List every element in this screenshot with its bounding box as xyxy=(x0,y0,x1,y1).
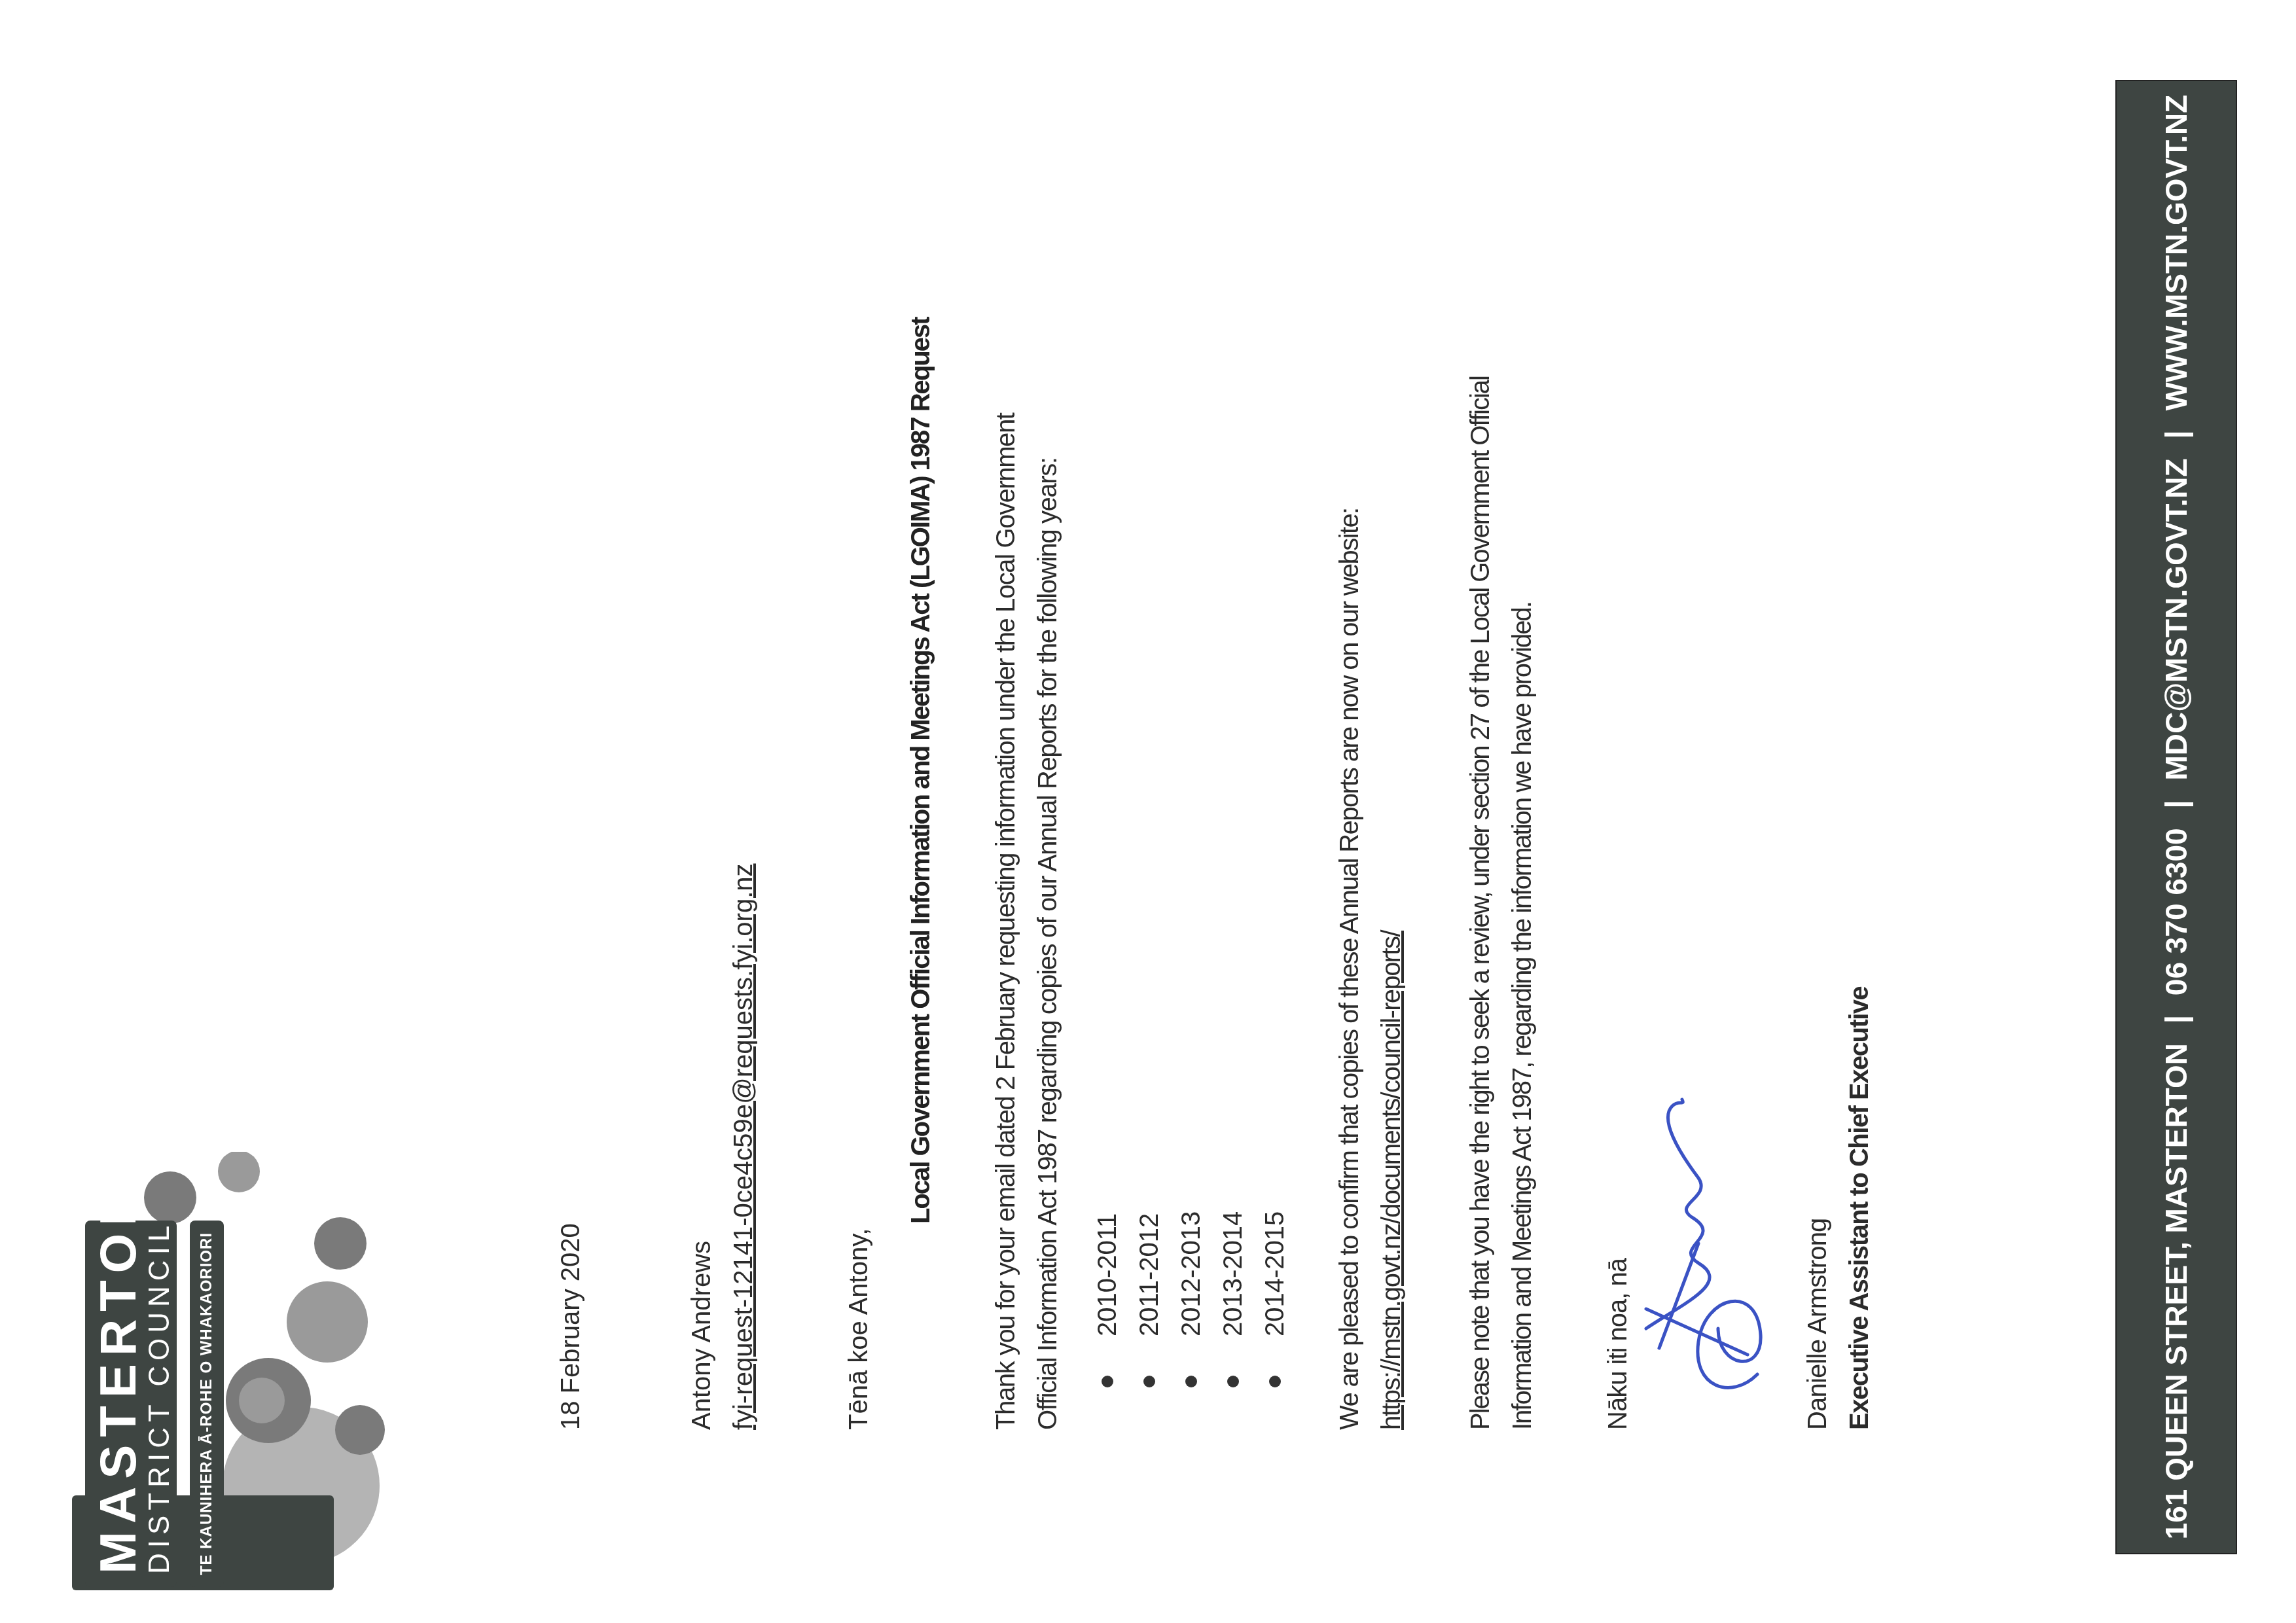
footer-email[interactable]: MDC@MSTN.GOVT.NZ xyxy=(2159,458,2194,780)
paragraph-website-text: We are pleased to confirm that copies of… xyxy=(1335,508,1364,1430)
signature-icon xyxy=(1620,1047,1777,1414)
signer-name: Danielle Armstrong xyxy=(1803,1218,1832,1430)
recipient-block: Antony Andrews fyi-request-12141-0ce4c59… xyxy=(681,863,764,1430)
logo-text-block: MASTERTON DISTRICT COUNCIL xyxy=(85,1221,177,1587)
letter-heading: Local Government Official Information an… xyxy=(906,317,936,1224)
letter-date: 18 February 2020 xyxy=(550,1223,592,1430)
paragraph-request: Thank you for your email dated 2 Februar… xyxy=(985,370,1069,1430)
greeting: Tēnā koe Antony, xyxy=(838,1228,880,1430)
bullet-icon xyxy=(1143,1376,1155,1387)
years-list: 2010-2011 2011-2012 2012-2013 2013-2014 … xyxy=(1086,1211,1296,1387)
bullet-icon xyxy=(1227,1376,1239,1387)
list-item: 2013-2014 xyxy=(1212,1211,1254,1387)
recipient-name: Antony Andrews xyxy=(687,1241,716,1430)
footer-separator: | xyxy=(2159,431,2194,439)
bullet-icon xyxy=(1185,1376,1197,1387)
footer-website[interactable]: WWW.MSTN.GOVT.NZ xyxy=(2159,95,2194,411)
paragraph-website: We are pleased to confirm that copies of… xyxy=(1329,370,1412,1430)
footer-contact-band: 161 QUEEN STREET, MASTERTON | 06 370 630… xyxy=(2115,80,2237,1554)
footer-phone: 06 370 6300 xyxy=(2159,828,2194,995)
list-item: 2011-2012 xyxy=(1128,1211,1170,1387)
logo-subtitle: DISTRICT COUNCIL xyxy=(144,1234,175,1574)
list-item: 2010-2011 xyxy=(1086,1211,1128,1387)
signer-title: Executive Assistant to Chief Executive xyxy=(1839,987,1880,1430)
council-reports-link[interactable]: https://mstn.govt.nz/documents/council-r… xyxy=(1377,931,1406,1430)
list-item: 2012-2013 xyxy=(1170,1211,1212,1387)
bullet-icon xyxy=(1269,1376,1281,1387)
logo-tagline-band: TE KAUNIHERA Ā-ROHE O WHAKAORIORI xyxy=(190,1221,224,1587)
recipient-email-link[interactable]: fyi-request-12141-0ce4c59e@requests.fyi.… xyxy=(723,863,764,1430)
bullet-icon xyxy=(1102,1376,1113,1387)
logo-title: MASTERTON xyxy=(92,1234,144,1574)
logo-tagline: TE KAUNIHERA Ā-ROHE O WHAKAORIORI xyxy=(198,1232,216,1575)
list-item: 2014-2015 xyxy=(1254,1211,1296,1387)
footer-separator: | xyxy=(2159,800,2194,809)
paragraph-review-rights: Please note that you have the right to s… xyxy=(1460,317,1543,1430)
footer-address: 161 QUEEN STREET, MASTERTON xyxy=(2159,1043,2194,1539)
footer-separator: | xyxy=(2159,1015,2194,1024)
signer-block: Danielle Armstrong Executive Assistant t… xyxy=(1797,987,1880,1430)
letter-page: MASTERTON DISTRICT COUNCIL TE KAUNIHERA … xyxy=(0,0,2296,1623)
